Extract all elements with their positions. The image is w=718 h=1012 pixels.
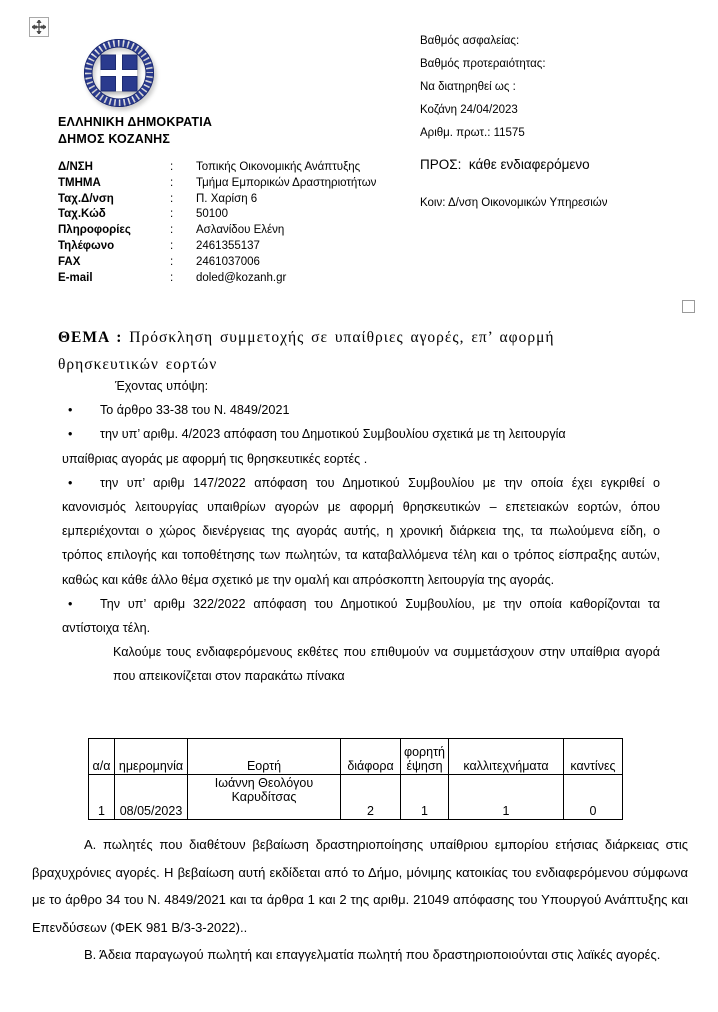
field-colon: : [170, 255, 196, 271]
field-colon: : [170, 271, 196, 287]
bullet-item: •Την υπ’ αριθμ 322/2022 απόφαση του Δημο… [58, 592, 660, 640]
contact-field-row: Πληροφορίες:Ασλανίδου Ελένη [58, 223, 376, 239]
subject-label: ΘΕΜΑ : [58, 329, 122, 346]
contact-field-row: Τηλέφωνο:2461355137 [58, 239, 376, 255]
bullet-lead-text: την υπ’ αριθμ 147/2022 απόφαση του Δημοτ… [100, 476, 660, 490]
contact-field-row: Ταχ.Δ/νση:Π. Χαρίση 6 [58, 192, 376, 208]
bullet-continuation: κανονισμός λειτουργίας υπαιθρίων αγορών … [62, 495, 660, 592]
field-value: 2461037006 [196, 255, 376, 271]
empty-checkbox[interactable] [682, 300, 695, 313]
field-colon: : [170, 176, 196, 192]
contact-field-row: Δ/ΝΣΗ:Τοπικής Οικονομικής Ανάπτυξης [58, 160, 376, 176]
bullet-lead: •Την υπ’ αριθμ 322/2022 απόφαση του Δημο… [58, 592, 660, 616]
subject-line-1: ΘΕΜΑ : Πρόσκληση συμμετοχής σε υπαίθριες… [58, 324, 662, 351]
bullet-lead-text: την υπ’ αριθμ. 4/2023 απόφαση του Δημοτι… [100, 427, 566, 441]
table-cell: 1 [89, 775, 115, 820]
field-label: Ταχ.Δ/νση [58, 192, 170, 208]
table-cell: 1 [449, 775, 564, 820]
table-cell: Ιωάννη Θεολόγου Καρυδίτσας [188, 775, 341, 820]
field-colon: : [170, 192, 196, 208]
recipient-value: κάθε ενδιαφερόμενο [469, 157, 590, 172]
contact-field-row: E-mail:doled@kozanh.gr [58, 271, 376, 287]
field-colon: : [170, 239, 196, 255]
recipient-label: ΠΡΟΣ: [420, 157, 461, 172]
field-label: Πληροφορίες [58, 223, 170, 239]
bullet-lead-text: Την υπ’ αριθμ 322/2022 απόφαση του Δημοτ… [100, 597, 660, 611]
field-value: Τμήμα Εμπορικών Δραστηριοτήτων [196, 176, 376, 192]
table-header-cell: α/α [89, 739, 115, 775]
festivals-table: α/αημερομηνίαΕορτήδιάφοραφορητή έψησηκαλ… [88, 738, 623, 820]
subject: ΘΕΜΑ : Πρόσκληση συμμετοχής σε υπαίθριες… [58, 324, 662, 378]
subject-text: Πρόσκληση συμμετοχής σε υπαίθριες αγορές… [129, 329, 554, 346]
table-header-cell: καντίνες [564, 739, 623, 775]
contact-fields: Δ/ΝΣΗ:Τοπικής Οικονομικής ΑνάπτυξηςΤΜΗΜΑ… [58, 160, 376, 286]
bullet-marker: • [68, 471, 72, 495]
table-header-cell: διάφορα [341, 739, 401, 775]
field-colon: : [170, 223, 196, 239]
bullet-marker: • [68, 398, 72, 422]
table-header-cell: καλλιτεχνήματα [449, 739, 564, 775]
table-header-cell: Εορτή [188, 739, 341, 775]
greek-coat-of-arms-logo [84, 38, 154, 108]
table-cell: 1 [401, 775, 449, 820]
meta-line: Κοζάνη 24/04/2023 [420, 104, 710, 117]
bullet-marker: • [68, 422, 72, 446]
bullet-continuation: υπαίθριας αγοράς με αφορμή τις θρησκευτι… [62, 447, 660, 471]
intro-line: Έχοντας υπόψη: [115, 374, 660, 398]
field-value: 2461355137 [196, 239, 376, 255]
document-page: ΕΛΛΗΝΙΚΗ ΔΗΜΟΚΡΑΤΙΑ ΔΗΜΟΣ ΚΟΖΑΝΗΣ Δ/ΝΣΗ:… [0, 0, 718, 1012]
field-colon: : [170, 207, 196, 223]
bullet-lead: •την υπ’ αριθμ 147/2022 απόφαση του Δημο… [58, 471, 660, 495]
field-label: Ταχ.Κώδ [58, 207, 170, 223]
table-header-cell: φορητή έψηση [401, 739, 449, 775]
meta-column: Βαθμός ασφαλείας:Βαθμός προτεραιότητας:Ν… [420, 35, 710, 209]
recipient-line: ΠΡΟΣ: κάθε ενδιαφερόμενο [420, 157, 710, 172]
org-line-2: ΔΗΜΟΣ ΚΟΖΑΝΗΣ [58, 131, 212, 148]
table-cell: 2 [341, 775, 401, 820]
paragraph-a: Α. πωλητές που διαθέτουν βεβαίωση δραστη… [32, 831, 688, 941]
field-value: Π. Χαρίση 6 [196, 192, 376, 208]
bullet-marker: • [68, 592, 72, 616]
contact-field-row: ΤΜΗΜΑ:Τμήμα Εμπορικών Δραστηριοτήτων [58, 176, 376, 192]
table-header-cell: ημερομηνία [115, 739, 188, 775]
org-line-1: ΕΛΛΗΝΙΚΗ ΔΗΜΟΚΡΑΤΙΑ [58, 114, 212, 131]
table-cell: 08/05/2023 [115, 775, 188, 820]
bullet-continuation: αντίστοιχα τέλη. [62, 616, 660, 640]
bullet-lead: •την υπ’ αριθμ. 4/2023 απόφαση του Δημοτ… [58, 422, 660, 446]
field-label: FAX [58, 255, 170, 271]
field-value: Ασλανίδου Ελένη [196, 223, 376, 239]
move-cross-arrows-glyph [32, 20, 46, 34]
table-header-row: α/αημερομηνίαΕορτήδιάφοραφορητή έψησηκαλ… [89, 739, 623, 775]
paragraph-b: Β. Άδεια παραγωγού πωλητή και επαγγελματ… [32, 941, 688, 969]
bullet-item: •την υπ’ αριθμ. 4/2023 απόφαση του Δημοτ… [58, 422, 660, 470]
field-colon: : [170, 160, 196, 176]
invite-paragraph: Καλούμε τους ενδιαφερόμενους εκθέτες που… [113, 640, 660, 688]
bullet-lead-text: Το άρθρο 33-38 του Ν. 4849/2021 [100, 403, 289, 417]
field-label: Δ/ΝΣΗ [58, 160, 170, 176]
field-label: ΤΜΗΜΑ [58, 176, 170, 192]
bullet-item: •την υπ’ αριθμ 147/2022 απόφαση του Δημο… [58, 471, 660, 592]
cc-line: Κοιν: Δ/νση Οικονομικών Υπηρεσιών [420, 197, 710, 209]
bullet-lead: •Το άρθρο 33-38 του Ν. 4849/2021 [58, 398, 660, 422]
field-label: E-mail [58, 271, 170, 287]
field-value: doled@kozanh.gr [196, 271, 376, 287]
meta-line: Να διατηρηθεί ως : [420, 81, 710, 94]
meta-line: Αριθμ. πρωτ.: 11575 [420, 127, 710, 140]
table-cell: 0 [564, 775, 623, 820]
bullet-list: •Το άρθρο 33-38 του Ν. 4849/2021•την υπ’… [58, 398, 660, 640]
body-block: Έχοντας υπόψη: •Το άρθρο 33-38 του Ν. 48… [58, 374, 660, 689]
field-value: Τοπικής Οικονομικής Ανάπτυξης [196, 160, 376, 176]
meta-line: Βαθμός προτεραιότητας: [420, 58, 710, 71]
meta-lines: Βαθμός ασφαλείας:Βαθμός προτεραιότητας:Ν… [420, 35, 710, 140]
organisation-name: ΕΛΛΗΝΙΚΗ ΔΗΜΟΚΡΑΤΙΑ ΔΗΜΟΣ ΚΟΖΑΝΗΣ [58, 114, 212, 148]
contact-field-row: FAX:2461037006 [58, 255, 376, 271]
table-row: 108/05/2023Ιωάννη Θεολόγου Καρυδίτσας211… [89, 775, 623, 820]
contact-field-row: Ταχ.Κώδ:50100 [58, 207, 376, 223]
lower-section: Α. πωλητές που διαθέτουν βεβαίωση δραστη… [32, 831, 688, 969]
bullet-item: •Το άρθρο 33-38 του Ν. 4849/2021 [58, 398, 660, 422]
move-handle-icon[interactable] [29, 17, 49, 37]
field-label: Τηλέφωνο [58, 239, 170, 255]
meta-line: Βαθμός ασφαλείας: [420, 35, 710, 48]
field-value: 50100 [196, 207, 376, 223]
